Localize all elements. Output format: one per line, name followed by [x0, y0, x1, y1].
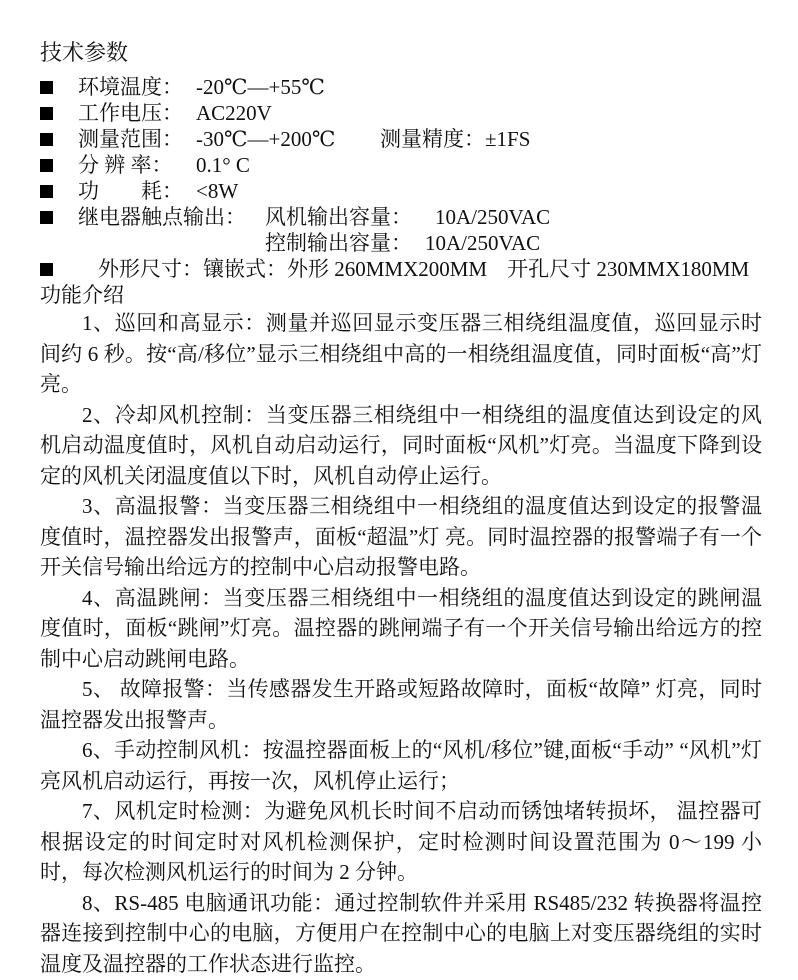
feature-paragraph-7: 7、风机定时检测：为避免风机长时间不启动而锈蚀堵转损坏， 温控器可根据设定的时间… — [40, 796, 762, 888]
spec-label: 测量范围： — [78, 126, 196, 152]
spec-value: -20℃—+55℃ — [196, 75, 325, 99]
bullet-square-icon — [40, 133, 53, 146]
bullet-square-icon — [40, 81, 53, 94]
spec-row-dimensions: 外形尺寸：镶嵌式：外形 260MMX200MM开孔尺寸 230MMX180MM — [40, 256, 762, 282]
page-title: 技术参数 — [40, 40, 762, 66]
spec-row-measure-range: 测量范围：-30℃—+200℃测量精度：±1FS — [40, 126, 762, 152]
feature-paragraph-4: 4、高温跳闸：当变压器三相绕组中一相绕组的温度值达到设定的跳闸温度值时，面板“跳… — [40, 583, 762, 675]
spec-value: -30℃—+200℃ — [196, 126, 380, 152]
tech-params-list: 环境温度：-20℃—+55℃ 工作电压：AC220V 测量范围：-30℃—+20… — [40, 74, 762, 282]
spec-label: 继电器触点输出： — [78, 204, 265, 230]
spec-row-control-output: 控制输出容量：10A/250VAC — [40, 230, 762, 256]
spec-label: 外形尺寸：镶嵌式：外形 260MMX200MM — [98, 257, 487, 281]
spec-row-working-voltage: 工作电压：AC220V — [40, 100, 762, 126]
spec-label: 功 耗： — [78, 178, 196, 204]
features-section: 1、巡回和高显示：测量并巡回显示变压器三相绕组温度值，巡回显示时间约 6 秒。按… — [40, 308, 762, 979]
spec-sub-label: 控制输出容量： — [265, 230, 425, 256]
spec-value: 0.1° C — [196, 153, 250, 177]
bullet-square-icon — [40, 107, 53, 120]
spec-extra: 测量精度：±1FS — [380, 127, 530, 151]
spec-value: 10A/250VAC — [435, 205, 550, 229]
feature-paragraph-2: 2、冷却风机控制：当变压器三相绕组中一相绕组的温度值达到设定的风机启动温度值时，… — [40, 400, 762, 492]
spec-row-relay-output: 继电器触点输出：风机输出容量：10A/250VAC — [40, 204, 762, 230]
spec-row-resolution: 分 辨 率：0.1° C — [40, 152, 762, 178]
feature-paragraph-5: 5、 故障报警：当传感器发生开路或短路故障时，面板“故障” 灯亮，同时温控器发出… — [40, 674, 762, 735]
bullet-square-icon — [40, 263, 53, 276]
features-heading: 功能介绍 — [40, 282, 762, 308]
feature-paragraph-1: 1、巡回和高显示：测量并巡回显示变压器三相绕组温度值，巡回显示时间约 6 秒。按… — [40, 308, 762, 400]
bullet-square-icon — [40, 211, 53, 224]
spec-label: 分 辨 率： — [78, 152, 196, 178]
spec-value: 10A/250VAC — [425, 231, 540, 255]
document-page: 技术参数 环境温度：-20℃—+55℃ 工作电压：AC220V 测量范围：-30… — [0, 0, 798, 979]
bullet-square-icon — [40, 185, 53, 198]
feature-paragraph-8: 8、RS-485 电脑通讯功能：通过控制软件并采用 RS485/232 转换器将… — [40, 888, 762, 980]
spec-row-ambient-temp: 环境温度：-20℃—+55℃ — [40, 74, 762, 100]
spec-sub-label: 风机输出容量： — [265, 204, 435, 230]
spec-value: 开孔尺寸 230MMX180MM — [507, 257, 749, 281]
feature-paragraph-3: 3、高温报警：当变压器三相绕组中一相绕组的温度值达到设定的报警温度值时，温控器发… — [40, 491, 762, 583]
spec-value: AC220V — [196, 101, 272, 125]
spec-label: 环境温度： — [78, 74, 196, 100]
spec-value: <8W — [196, 179, 238, 203]
feature-paragraph-6: 6、手动控制风机：按温控器面板上的“风机/移位”键,面板“手动” “风机”灯亮风… — [40, 735, 762, 796]
spec-label: 工作电压： — [78, 100, 196, 126]
spec-row-power-consumption: 功 耗：<8W — [40, 178, 762, 204]
bullet-square-icon — [40, 159, 53, 172]
